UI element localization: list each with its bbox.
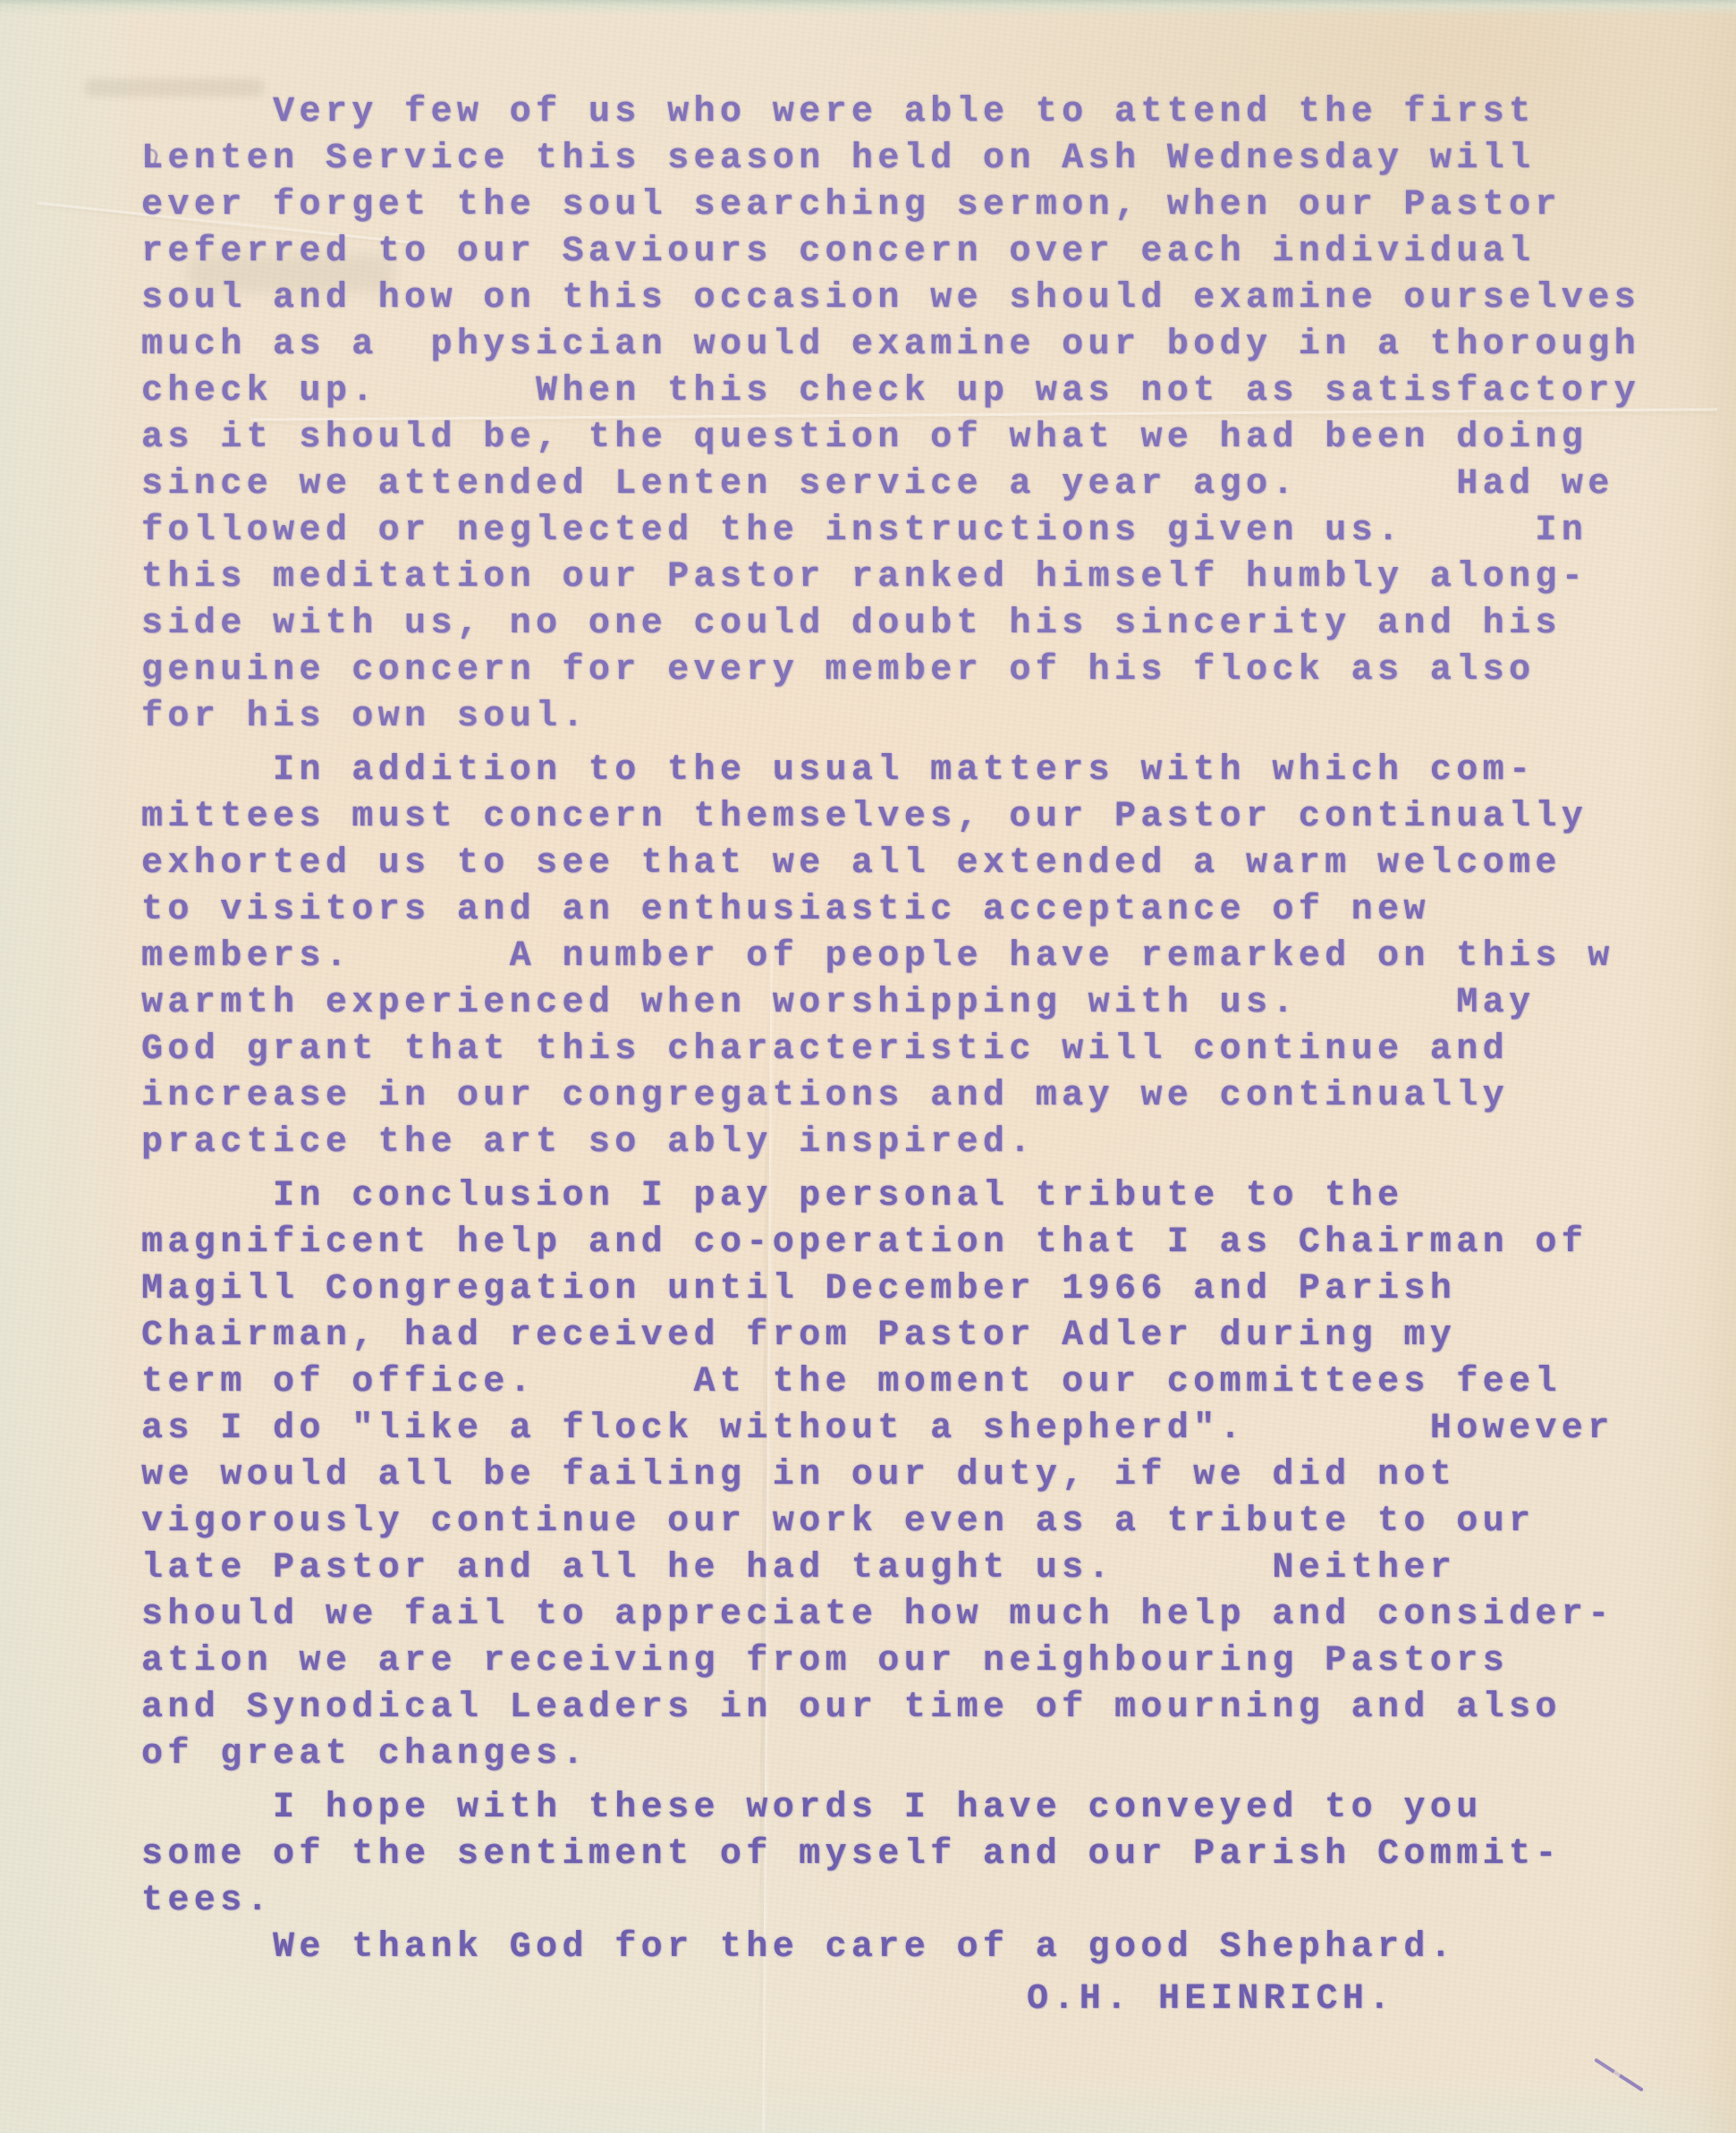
text-line: to visitors and an enthusiastic acceptan… bbox=[141, 887, 1640, 934]
text-line: much as a physician would examine our bo… bbox=[141, 322, 1640, 368]
text-line: we would all be failing in our duty, if … bbox=[141, 1452, 1640, 1499]
text-line: of great changes. bbox=[141, 1731, 1640, 1778]
text-line: Lenten Service this season held on Ash W… bbox=[141, 136, 1640, 182]
text-line: for his own soul. bbox=[141, 694, 1640, 741]
text-line: referred to our Saviours concern over ea… bbox=[141, 229, 1640, 275]
text-line: O.H. HEINRICH. bbox=[1027, 1976, 1640, 2023]
text-line: warmth experienced when worshipping with… bbox=[141, 980, 1640, 1027]
text-line: mittees must concern themselves, our Pas… bbox=[141, 794, 1640, 841]
text-line: ation we are receiving from our neighbou… bbox=[141, 1638, 1640, 1685]
text-line: should we fail to appreciate how much he… bbox=[141, 1592, 1640, 1638]
text-line: this meditation our Pastor ranked himsel… bbox=[141, 554, 1640, 601]
text-line: practice the art so ably inspired. bbox=[141, 1120, 1640, 1166]
text-line: In addition to the usual matters with wh… bbox=[141, 748, 1640, 794]
text-line: check up. When this check up was not as … bbox=[141, 368, 1640, 415]
text-line: since we attended Lenten service a year … bbox=[141, 461, 1640, 508]
paragraph-4: I hope with these words I have conveyed … bbox=[141, 1785, 1640, 1925]
scanned-letter-page: Very few of us who were able to attend t… bbox=[0, 0, 1736, 2133]
text-line: and Synodical Leaders in our time of mou… bbox=[141, 1685, 1640, 1731]
text-line: exhorted us to see that we all extended … bbox=[141, 841, 1640, 887]
text-line: term of office. At the moment our commit… bbox=[141, 1359, 1640, 1406]
text-line: God grant that this characteristic will … bbox=[141, 1027, 1640, 1073]
text-line: genuine concern for every member of his … bbox=[141, 648, 1640, 694]
text-line: magnificent help and co-operation that I… bbox=[141, 1220, 1640, 1266]
text-line: as I do "like a flock without a shepherd… bbox=[141, 1406, 1640, 1452]
text-line: I hope with these words I have conveyed … bbox=[141, 1785, 1640, 1832]
paragraph-3: In conclusion I pay personal tribute to … bbox=[141, 1173, 1640, 1778]
paragraph-1: Very few of us who were able to attend t… bbox=[141, 89, 1640, 741]
text-line: vigorously continue our work even as a t… bbox=[141, 1499, 1640, 1545]
text-line: some of the sentiment of myself and our … bbox=[141, 1832, 1640, 1878]
text-line: late Pastor and all he had taught us. Ne… bbox=[141, 1545, 1640, 1592]
closing-line: We thank God for the care of a good Shep… bbox=[141, 1925, 1640, 1971]
text-line: Very few of us who were able to attend t… bbox=[141, 89, 1640, 136]
text-line: followed or neglected the instructions g… bbox=[141, 508, 1640, 554]
paragraph-2: In addition to the usual matters with wh… bbox=[141, 748, 1640, 1166]
text-line: Magill Congregation until December 1966 … bbox=[141, 1266, 1640, 1313]
text-line: tees. bbox=[141, 1878, 1640, 1925]
text-line: In conclusion I pay personal tribute to … bbox=[141, 1173, 1640, 1220]
text-line: ever forget the soul searching sermon, w… bbox=[141, 182, 1640, 229]
text-line: members. A number of people have remarke… bbox=[141, 934, 1640, 980]
text-line: side with us, no one could doubt his sin… bbox=[141, 601, 1640, 648]
text-line: Chairman, had received from Pastor Adler… bbox=[141, 1313, 1640, 1359]
signature-block: O.H. HEINRICH. bbox=[141, 1976, 1640, 2023]
text-line: increase in our congregations and may we… bbox=[141, 1073, 1640, 1120]
text-line: soul and how on this occasion we should … bbox=[141, 275, 1640, 322]
letter-body: Very few of us who were able to attend t… bbox=[0, 0, 1667, 2023]
text-line: as it should be, the question of what we… bbox=[141, 415, 1640, 461]
text-line: We thank God for the care of a good Shep… bbox=[141, 1925, 1640, 1971]
